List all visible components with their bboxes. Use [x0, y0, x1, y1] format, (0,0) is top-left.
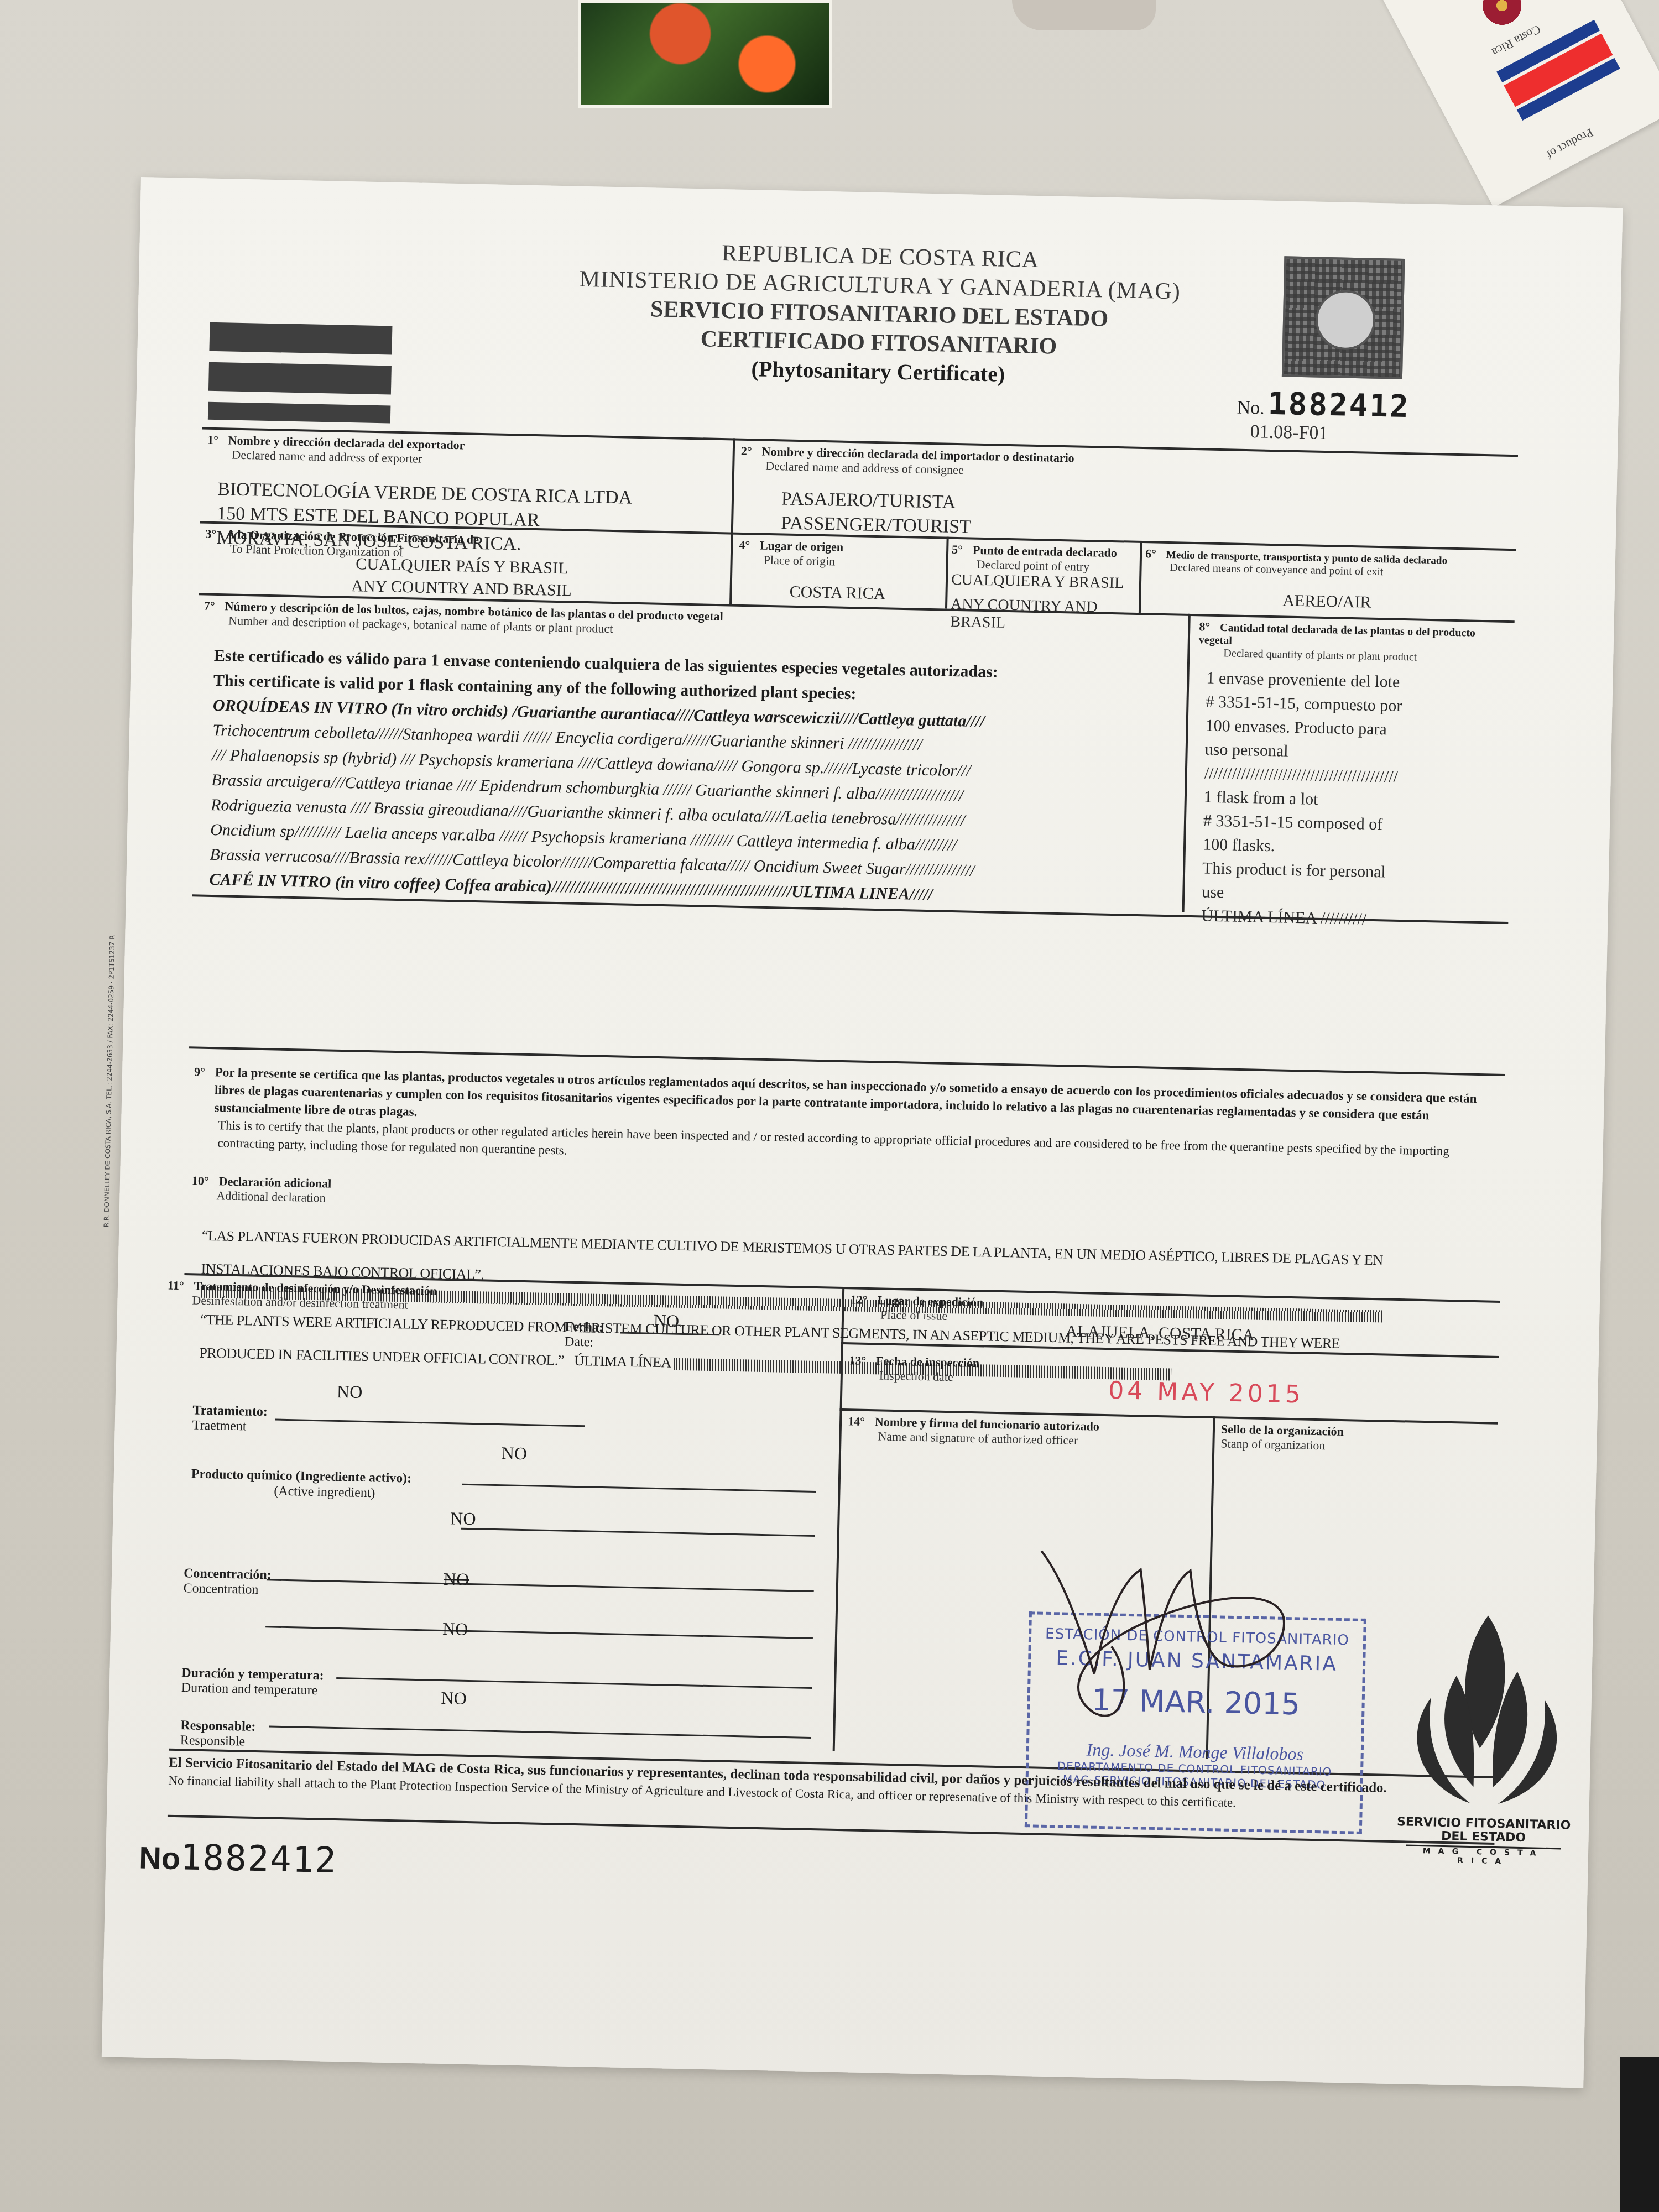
qr-code-icon: [1282, 256, 1405, 379]
field-treatment: 11°Tratamiento de desinfección y/o Desin…: [158, 1278, 831, 1756]
crumpled-paper: [1012, 0, 1156, 30]
tag-text-product: Product of: [1544, 125, 1596, 161]
product-tag: Costa Rica Product of: [1371, 0, 1659, 207]
concentration-value-2: NO: [442, 1619, 468, 1640]
field-conveyance: 6°Medio de transporte, transportista y p…: [1144, 546, 1510, 618]
cert-no-value: 1882412: [1267, 386, 1410, 425]
field-quantity: 8°Cantidad total declarada de las planta…: [1193, 614, 1509, 934]
field-destination-org: 3°A la Organización de Protección Fitosa…: [204, 527, 719, 604]
field-description: 7°Número y descripción de los bultos, ca…: [198, 593, 1172, 912]
coat-of-arms-icon: [1315, 290, 1376, 351]
chemical-value-1: NO: [501, 1443, 527, 1464]
treatment-date-value: NO: [653, 1311, 679, 1332]
field-certification: 9°Por la presente se certifica que las p…: [192, 1063, 1494, 1178]
form-code: 01.08-F01: [1250, 421, 1328, 444]
phytosanitary-certificate: R.R. DONNELLEY DE COSTA RICA, S.A. TEL.:…: [102, 177, 1623, 2088]
printer-imprint: R.R. DONNELLEY DE COSTA RICA, S.A. TEL.:…: [102, 935, 116, 1227]
treatment-value: NO: [337, 1381, 363, 1402]
signature: [1027, 1545, 1363, 1729]
cert-no-label: No.: [1237, 398, 1265, 419]
duration-value: NO: [441, 1688, 467, 1709]
footer-certificate-number: No1882412: [139, 1837, 338, 1881]
table-edge: [1620, 2057, 1659, 2212]
field-origin: 4°Lugar de origen Place of origin COSTA …: [738, 538, 938, 608]
certificate-number: No.1882412: [1237, 385, 1410, 425]
chemical-value-2: NO: [450, 1508, 476, 1529]
field-officer-signature: 14°Nombre y firma del funcionario autori…: [847, 1414, 1207, 1451]
sfe-logo: SERVICIO FITOSANITARIO DEL ESTADO MAG CO…: [1395, 1603, 1577, 1867]
field-seal: Sello de la organización Stanp of organi…: [1220, 1422, 1486, 1456]
quantity-lines: 1 envase proveniente del lote# 3351-51-1…: [1193, 666, 1508, 934]
orchid-photo-card: [578, 0, 832, 108]
field-consignee: 2°Nombre y dirección declarada del impor…: [739, 444, 1504, 551]
concentration-value-1: NO: [444, 1569, 469, 1590]
orchid-icon: [1476, 0, 1528, 32]
species-list: ORQUÍDEAS IN VITRO (In vitro orchids) /G…: [209, 693, 1170, 912]
